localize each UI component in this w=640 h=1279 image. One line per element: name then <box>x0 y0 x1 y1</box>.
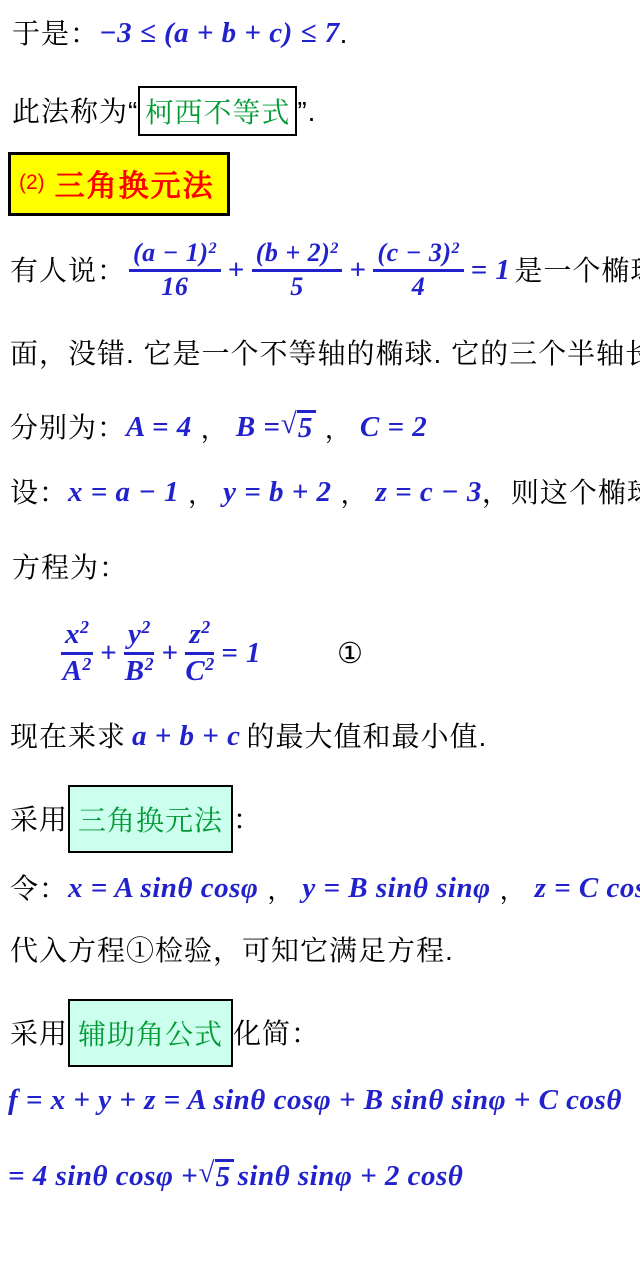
adopt-trig-suffix: ： <box>233 802 262 837</box>
fraction-x-den-exponent: 2 <box>82 654 91 674</box>
fraction-c-numerator: (c − 3) <box>377 238 451 267</box>
line-method-name: 此法称为“ 柯西不等式 ”. <box>12 82 316 140</box>
aux-angle-formula-boxed-term: 辅助角公式 <box>68 999 233 1067</box>
conclusion-math: −3 ≤ (a + b + c) ≤ 7 <box>99 17 340 50</box>
semi-axes-prefix: 分别为： <box>10 410 126 445</box>
equals-one: = 1 <box>221 637 261 670</box>
trig-substitution-boxed-term: 三角换元法 <box>68 785 233 853</box>
document-page: 于是： −3 ≤ (a + b + c) ≤ 7 . 此法称为“ 柯西不等式 ”… <box>0 0 640 1279</box>
substitution-suffix: ，则这个椭球的 <box>482 475 640 510</box>
substitution-prefix: 设： <box>10 475 68 510</box>
f-expansion-math: f = x + y + z = A sinθ cosφ + B sinθ sin… <box>8 1084 622 1117</box>
line-f-expansion: f = x + y + z = A sinθ cosφ + B sinθ sin… <box>8 1084 622 1117</box>
f-numeric-part1: = 4 sinθ cosφ + <box>8 1160 198 1193</box>
semi-axis-c: C = 2 <box>360 411 427 444</box>
line-ellipsoid-description: 面，没错. 它是一个不等轴的椭球. 它的三个半轴长 <box>10 336 640 371</box>
fraction-a: (a − 1)2 16 <box>129 239 221 300</box>
sqrt-five: √ 5 <box>280 410 315 443</box>
line-trig-substitution: 令： x = A sinθ cosφ ， y = B sinθ sinφ ， z… <box>10 870 640 907</box>
fraction-z-den-exponent: 2 <box>205 654 214 674</box>
fraction-b-exponent: 2 <box>330 240 338 257</box>
fraction-z-numerator: z <box>189 618 201 650</box>
separator-comma: ， <box>258 870 302 907</box>
fraction-c-denominator: 4 <box>412 272 426 301</box>
conclusion-prefix: 于是： <box>12 16 99 51</box>
separator-comma: ， <box>192 409 236 446</box>
fraction-a-numerator: (a − 1) <box>133 238 209 267</box>
adopt-aux-prefix: 采用 <box>10 1016 68 1051</box>
ellipsoid-description-text: 面，没错. 它是一个不等轴的椭球. 它的三个半轴长 <box>10 336 640 371</box>
line-f-numeric: = 4 sinθ cosφ + √ 5 sinθ sinφ + 2 cosθ <box>8 1148 463 1204</box>
adopt-aux-suffix: 化简： <box>233 1016 320 1051</box>
section-number: (2) <box>19 171 45 195</box>
objective-prefix: 现在来求 <box>10 719 126 754</box>
substitution-x: x = a − 1 <box>68 476 179 509</box>
fraction-b: (b + 2)2 5 <box>252 239 343 300</box>
separator-comma: ， <box>491 870 535 907</box>
trig-sub-prefix: 令： <box>10 871 68 906</box>
trig-sub-z: z = C cosθ <box>535 872 640 905</box>
equation-label-text: 方程为： <box>12 550 128 585</box>
equation-tag-circled-one: ① <box>337 636 363 671</box>
line-semi-axes: 分别为： A = 4 ， B = √ 5 ， C = 2 <box>10 402 427 452</box>
fraction-y-den-exponent: 2 <box>145 654 154 674</box>
semi-axis-b-prefix: B = <box>236 411 281 444</box>
line-verify: 代入方程①检验，可知它满足方程. <box>10 933 454 968</box>
fraction-x-num-exponent: 2 <box>80 617 89 637</box>
conclusion-period: . <box>340 18 348 50</box>
cauchy-inequality-boxed-term: 柯西不等式 <box>138 86 297 136</box>
trig-sub-x: x = A sinθ cosφ <box>68 872 258 905</box>
fraction-a-exponent: 2 <box>209 240 217 257</box>
sqrt-five: √ 5 <box>198 1159 233 1192</box>
substitution-y: y = b + 2 <box>223 476 331 509</box>
line-ellipsoid-equation: x2 A2 + y2 B2 + z2 C2 = 1 ① <box>58 608 363 698</box>
fraction-y-denominator: B <box>125 655 145 687</box>
line-ellipsoid-intro: 有人说： (a − 1)2 16 + (b + 2)2 5 + (c − 3)2… <box>10 226 640 314</box>
verify-text: 代入方程①检验，可知它满足方程. <box>10 933 454 968</box>
line-conclusion: 于是： −3 ≤ (a + b + c) ≤ 7 . <box>12 16 347 51</box>
semi-axis-a: A = 4 <box>126 411 192 444</box>
ellipsoid-intro-prefix: 有人说： <box>10 253 126 288</box>
radical-sign: √ <box>280 410 296 439</box>
plus-operator: + <box>161 637 178 670</box>
plus-operator: + <box>228 254 245 287</box>
equals-one: = 1 <box>471 254 511 287</box>
separator-comma: ， <box>316 409 360 446</box>
fraction-z-num-exponent: 2 <box>201 617 210 637</box>
plus-operator: + <box>349 254 366 287</box>
fraction-y-num-exponent: 2 <box>141 617 150 637</box>
line-adopt-aux: 采用 辅助角公式 化简： <box>10 1001 320 1065</box>
method-name-suffix: ”. <box>297 94 316 129</box>
radicand: 5 <box>215 1159 234 1192</box>
radical-sign: √ <box>198 1159 214 1188</box>
fraction-b-denominator: 5 <box>290 272 304 301</box>
fraction-z: z2 C2 <box>185 619 214 687</box>
method-name-prefix: 此法称为“ <box>12 94 138 129</box>
objective-math: a + b + c <box>132 720 240 753</box>
trig-sub-y: y = B sinθ sinφ <box>302 872 490 905</box>
section-title: 三角换元法 <box>55 161 215 205</box>
fraction-y-numerator: y <box>128 618 141 650</box>
adopt-trig-prefix: 采用 <box>10 802 68 837</box>
radicand: 5 <box>297 410 316 443</box>
fraction-y: y2 B2 <box>124 619 154 687</box>
fraction-x-denominator: A <box>63 655 83 687</box>
separator-comma: ， <box>179 474 223 511</box>
fraction-x-numerator: x <box>65 618 80 650</box>
fraction-b-numerator: (b + 2) <box>256 238 331 267</box>
f-numeric-part2: sinθ sinφ + 2 cosθ <box>238 1160 464 1193</box>
line-objective: 现在来求 a + b + c 的最大值和最小值. <box>10 719 487 754</box>
ellipsoid-intro-suffix: 是一个椭球 <box>514 253 640 288</box>
separator-comma: ， <box>332 474 376 511</box>
fraction-z-denominator: C <box>185 655 205 687</box>
fraction-a-denominator: 16 <box>161 272 188 301</box>
plus-operator: + <box>100 637 117 670</box>
objective-suffix: 的最大值和最小值. <box>246 719 487 754</box>
fraction-x: x2 A2 <box>61 619 93 687</box>
line-equation-label: 方程为： <box>12 550 128 585</box>
fraction-c: (c − 3)2 4 <box>373 239 463 300</box>
section-label: (2) 三角换元法 <box>8 152 230 216</box>
line-substitution: 设： x = a − 1 ， y = b + 2 ， z = c − 3 ，则这… <box>10 474 640 511</box>
substitution-z: z = c − 3 <box>376 476 482 509</box>
line-adopt-trig: 采用 三角换元法 ： <box>10 786 262 852</box>
fraction-c-exponent: 2 <box>452 240 460 257</box>
